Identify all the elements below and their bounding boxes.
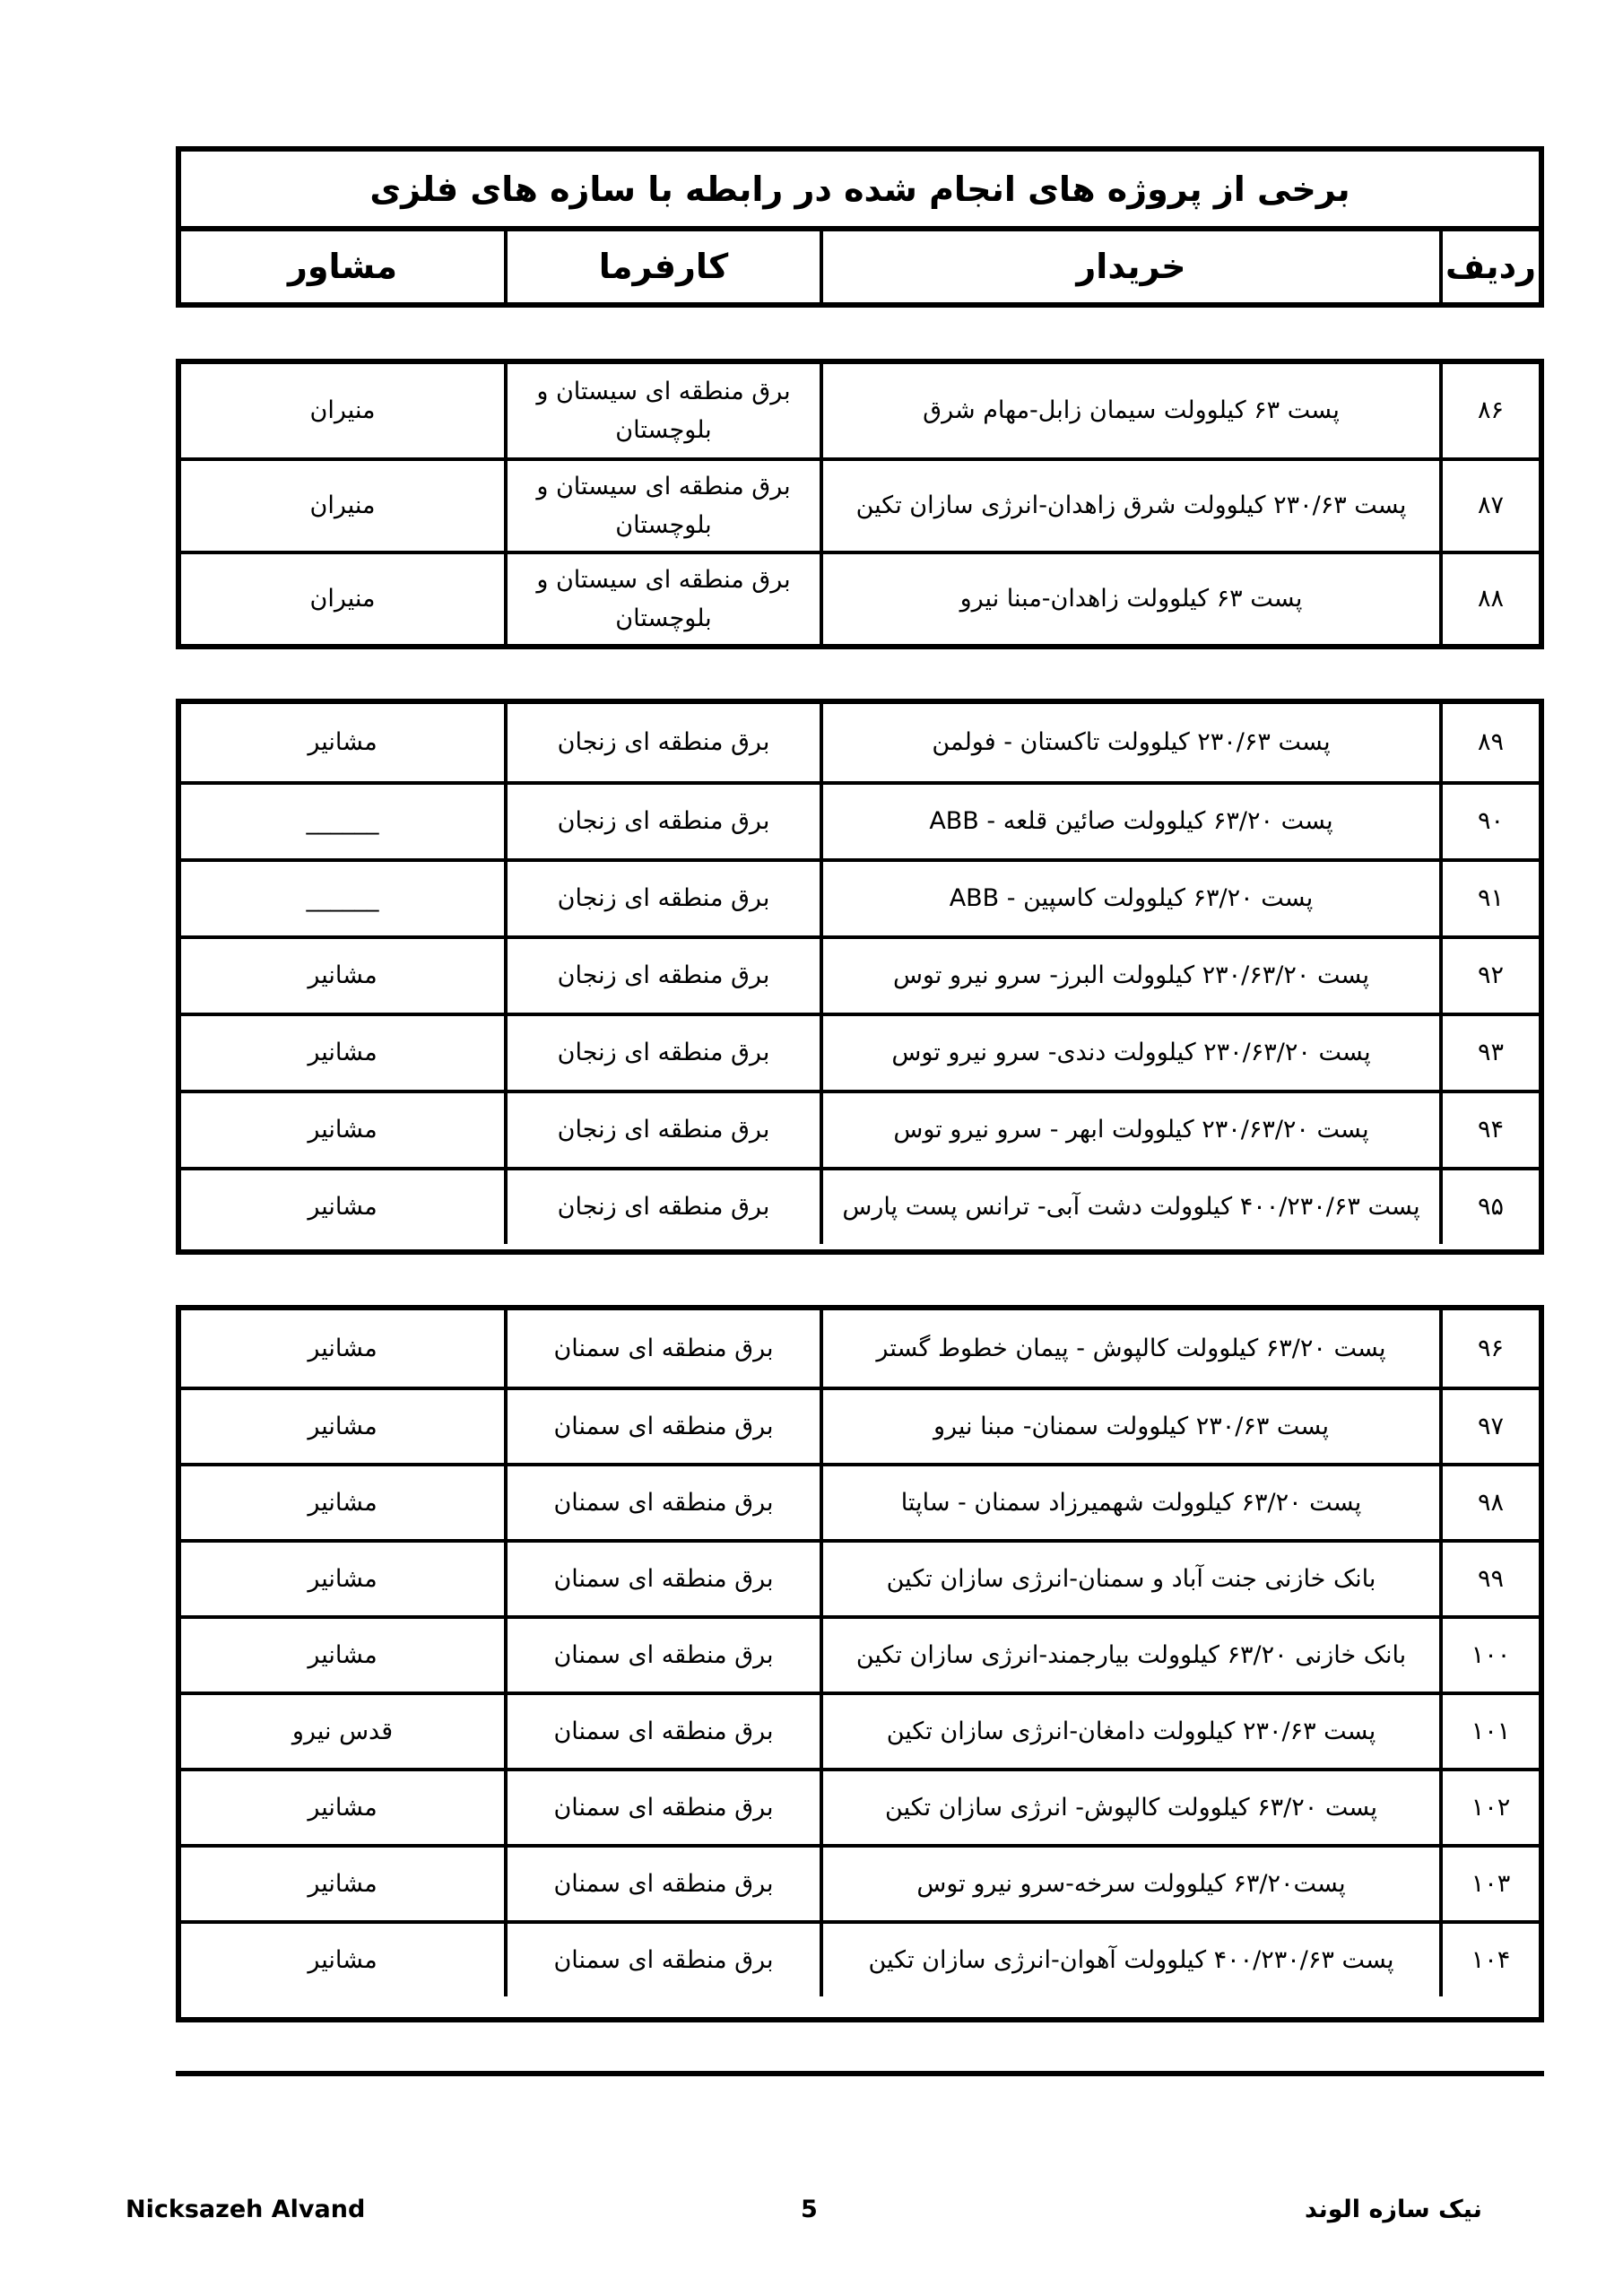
row-employer: برق منطقه ای سمنان — [508, 1310, 823, 1387]
row-index: ۹۵ — [1443, 1170, 1539, 1244]
row-index: ۸۷ — [1443, 461, 1539, 551]
row-buyer: پست ۲۳۰/۶۳/۲۰ کیلوولت دندی- سرو نیرو توس — [823, 1016, 1443, 1090]
row-buyer: پست ۶۳/۲۰ کیلوولت شهمیرزاد سمنان - ساپتا — [823, 1466, 1443, 1539]
row-buyer: پست ۲۳۰/۶۳ کیلوولت شرق زاهدان-انرژی سازا… — [823, 461, 1443, 551]
projects-section-sistan: ۸۶ پست ۶۳ کیلوولت سیمان زابل-مهام شرق بر… — [176, 359, 1544, 649]
row-buyer: پست ۲۳۰/۶۳/۲۰ کیلوولت البرز- سرو نیرو تو… — [823, 939, 1443, 1013]
row-consultant: منیران — [181, 461, 508, 551]
table-header: برخی از پروژه های انجام شده در رابطه با … — [176, 146, 1544, 308]
row-consultant: مشانیر — [181, 1310, 508, 1387]
column-header-buyer: خریدار — [823, 231, 1443, 302]
row-index: ۹۰ — [1443, 785, 1539, 858]
row-index: ۱۰۲ — [1443, 1771, 1539, 1844]
row-consultant: مشانیر — [181, 1619, 508, 1692]
row-buyer: پست ۴۰۰/۲۳۰/۶۳ کیلوولت دشت آبی- ترانس پس… — [823, 1170, 1443, 1244]
column-header-consultant: مشاور — [181, 231, 508, 302]
table-title-row: برخی از پروژه های انجام شده در رابطه با … — [181, 152, 1539, 226]
table-row: ۹۱ پست ۶۳/۲۰ کیلوولت کاسپین - ABB برق من… — [181, 858, 1539, 935]
row-employer: برق منطقه ای زنجان — [508, 1093, 823, 1167]
row-index: ۹۹ — [1443, 1543, 1539, 1615]
row-buyer: پست ۲۳۰/۶۳ کیلوولت سمنان- مبنا نیرو — [823, 1390, 1443, 1463]
row-employer: برق منطقه ای سیستان و بلوچستان — [508, 364, 823, 457]
row-consultant: منیران — [181, 364, 508, 457]
table-row: ۸۹ پست ۲۳۰/۶۳ کیلوولت تاکستان - فولمن بر… — [181, 704, 1539, 781]
table-row: ۱۰۳ پست۶۳/۲۰ کیلوولت سرخه-سرو نیرو توس ب… — [181, 1844, 1539, 1920]
table-row: ۱۰۱ پست ۲۳۰/۶۳ کیلوولت دامغان-انرژی سازا… — [181, 1692, 1539, 1768]
row-index: ۱۰۴ — [1443, 1924, 1539, 1996]
row-buyer: پست ۶۳ کیلوولت سیمان زابل-مهام شرق — [823, 364, 1443, 457]
row-buyer: پست ۶۳/۲۰ کیلوولت کالپوش - پیمان خطوط گس… — [823, 1310, 1443, 1387]
row-consultant: مشانیر — [181, 1848, 508, 1920]
row-buyer: پست ۶۳ کیلوولت زاهدان-مبنا نیرو — [823, 554, 1443, 644]
row-buyer: پست ۲۳۰/۶۳/۲۰ کیلوولت ابهر - سرو نیرو تو… — [823, 1093, 1443, 1167]
row-employer: برق منطقه ای سمنان — [508, 1771, 823, 1844]
row-employer: برق منطقه ای سیستان و بلوچستان — [508, 554, 823, 644]
row-employer: برق منطقه ای زنجان — [508, 1170, 823, 1244]
row-consultant: مشانیر — [181, 1093, 508, 1167]
row-consultant: مشانیر — [181, 939, 508, 1013]
row-buyer: پست ۴۰۰/۲۳۰/۶۳ کیلوولت آهوان-انرژی سازان… — [823, 1924, 1443, 1996]
row-employer: برق منطقه ای زنجان — [508, 785, 823, 858]
row-index: ۸۶ — [1443, 364, 1539, 457]
row-consultant: مشانیر — [181, 1924, 508, 1996]
table-row: ۹۷ پست ۲۳۰/۶۳ کیلوولت سمنان- مبنا نیرو ب… — [181, 1387, 1539, 1463]
table-row: ۹۸ پست ۶۳/۲۰ کیلوولت شهمیرزاد سمنان - سا… — [181, 1463, 1539, 1539]
row-employer: برق منطقه ای سمنان — [508, 1390, 823, 1463]
table-row: ۹۳ پست ۲۳۰/۶۳/۲۰ کیلوولت دندی- سرو نیرو … — [181, 1013, 1539, 1090]
row-employer: برق منطقه ای سمنان — [508, 1695, 823, 1768]
table-row: ۹۰ پست ۶۳/۲۰ کیلوولت صائین قلعه - ABB بر… — [181, 781, 1539, 858]
projects-section-zanjan: ۸۹ پست ۲۳۰/۶۳ کیلوولت تاکستان - فولمن بر… — [176, 699, 1544, 1255]
footer-company-name-latin: Nicksazeh Alvand — [126, 2196, 365, 2223]
row-employer: برق منطقه ای سمنان — [508, 1466, 823, 1539]
table-row: ۱۰۰ بانک خازنی ۶۳/۲۰ کیلوولت بیارجمند-ان… — [181, 1615, 1539, 1692]
footer-divider — [176, 2071, 1544, 2076]
table-row: ۹۶ پست ۶۳/۲۰ کیلوولت کالپوش - پیمان خطوط… — [181, 1310, 1539, 1387]
page-title: برخی از پروژه های انجام شده در رابطه با … — [369, 170, 1350, 209]
row-employer: برق منطقه ای زنجان — [508, 862, 823, 935]
row-index: ۱۰۰ — [1443, 1619, 1539, 1692]
row-employer: برق منطقه ای سمنان — [508, 1924, 823, 1996]
column-header-index: ردیف — [1443, 231, 1539, 302]
row-consultant: منیران — [181, 554, 508, 644]
table-row: ۸۸ پست ۶۳ کیلوولت زاهدان-مبنا نیرو برق م… — [181, 551, 1539, 644]
row-employer: برق منطقه ای سمنان — [508, 1543, 823, 1615]
row-buyer: بانک خازنی ۶۳/۲۰ کیلوولت بیارجمند-انرژی … — [823, 1619, 1443, 1692]
row-consultant: مشانیر — [181, 1466, 508, 1539]
row-index: ۱۰۱ — [1443, 1695, 1539, 1768]
row-index: ۹۳ — [1443, 1016, 1539, 1090]
row-buyer: پست ۲۳۰/۶۳ کیلوولت دامغان-انرژی سازان تک… — [823, 1695, 1443, 1768]
row-buyer: پست۶۳/۲۰ کیلوولت سرخه-سرو نیرو توس — [823, 1848, 1443, 1920]
row-index: ۹۶ — [1443, 1310, 1539, 1387]
row-employer: برق منطقه ای زنجان — [508, 704, 823, 781]
row-consultant: مشانیر — [181, 1390, 508, 1463]
table-row: ۸۶ پست ۶۳ کیلوولت سیمان زابل-مهام شرق بر… — [181, 364, 1539, 457]
row-consultant: مشانیر — [181, 1543, 508, 1615]
row-index: ۹۲ — [1443, 939, 1539, 1013]
row-index: ۸۹ — [1443, 704, 1539, 781]
column-header-row: ردیف خریدار کارفرما مشاور — [181, 226, 1539, 302]
row-buyer: پست ۶۳/۲۰ کیلوولت صائین قلعه - ABB — [823, 785, 1443, 858]
table-row: ۹۴ پست ۲۳۰/۶۳/۲۰ کیلوولت ابهر - سرو نیرو… — [181, 1090, 1539, 1167]
row-buyer: پست ۶۳/۲۰ کیلوولت کاسپین - ABB — [823, 862, 1443, 935]
table-row: ۹۹ بانک خازنی جنت آباد و سمنان-انرژی ساز… — [181, 1539, 1539, 1615]
row-employer: برق منطقه ای زنجان — [508, 1016, 823, 1090]
column-header-employer: کارفرما — [508, 231, 823, 302]
row-employer: برق منطقه ای سیستان و بلوچستان — [508, 461, 823, 551]
row-index: ۹۸ — [1443, 1466, 1539, 1539]
row-index: ۹۴ — [1443, 1093, 1539, 1167]
row-buyer: پست ۶۳/۲۰ کیلوولت کالپوش- انرژی سازان تک… — [823, 1771, 1443, 1844]
row-index: ۹۱ — [1443, 862, 1539, 935]
row-employer: برق منطقه ای زنجان — [508, 939, 823, 1013]
row-consultant: مشانیر — [181, 704, 508, 781]
row-buyer: پست ۲۳۰/۶۳ کیلوولت تاکستان - فولمن — [823, 704, 1443, 781]
row-consultant: مشانیر — [181, 1771, 508, 1844]
row-consultant: قدس نیرو — [181, 1695, 508, 1768]
page-number: 5 — [801, 2196, 818, 2223]
row-consultant: مشانیر — [181, 1016, 508, 1090]
footer-company-name-persian: نیک سازه الوند — [1305, 2196, 1482, 2223]
row-consultant: ______ — [181, 785, 508, 858]
row-consultant: ______ — [181, 862, 508, 935]
row-index: ۸۸ — [1443, 554, 1539, 644]
row-employer: برق منطقه ای سمنان — [508, 1848, 823, 1920]
row-employer: برق منطقه ای سمنان — [508, 1619, 823, 1692]
row-index: ۱۰۳ — [1443, 1848, 1539, 1920]
table-row: ۹۲ پست ۲۳۰/۶۳/۲۰ کیلوولت البرز- سرو نیرو… — [181, 935, 1539, 1013]
table-row: ۱۰۲ پست ۶۳/۲۰ کیلوولت کالپوش- انرژی سازا… — [181, 1768, 1539, 1844]
table-row: ۹۵ پست ۴۰۰/۲۳۰/۶۳ کیلوولت دشت آبی- ترانس… — [181, 1167, 1539, 1244]
row-index: ۹۷ — [1443, 1390, 1539, 1463]
table-row: ۱۰۴ پست ۴۰۰/۲۳۰/۶۳ کیلوولت آهوان-انرژی س… — [181, 1920, 1539, 1996]
row-buyer: بانک خازنی جنت آباد و سمنان-انرژی سازان … — [823, 1543, 1443, 1615]
table-row: ۸۷ پست ۲۳۰/۶۳ کیلوولت شرق زاهدان-انرژی س… — [181, 457, 1539, 551]
projects-section-semnan: ۹۶ پست ۶۳/۲۰ کیلوولت کالپوش - پیمان خطوط… — [176, 1305, 1544, 2022]
row-consultant: مشانیر — [181, 1170, 508, 1244]
